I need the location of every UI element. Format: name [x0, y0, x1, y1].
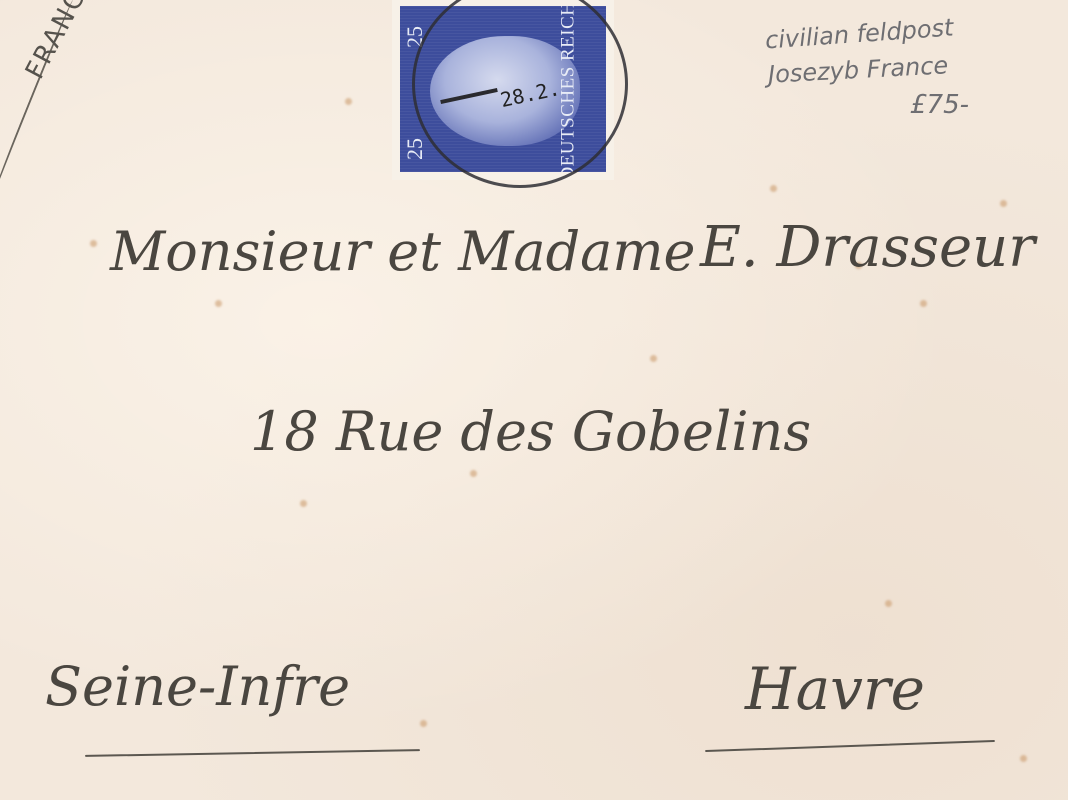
address-city: Havre	[745, 655, 925, 723]
pencil-note-line2: Josezyb France	[767, 53, 948, 88]
address-department: Seine-Infre	[45, 655, 350, 718]
foxing-spot	[90, 240, 97, 247]
address-salutation: Monsieur et Madame	[110, 220, 696, 283]
foxing-spot	[215, 300, 222, 307]
foxing-spot	[920, 300, 927, 307]
city-underline	[705, 740, 995, 752]
address-street: 18 Rue des Gobelins	[250, 400, 811, 463]
foxing-spot	[300, 500, 307, 507]
foxing-spot	[770, 185, 777, 192]
address-name: E. Drasseur	[700, 215, 1035, 280]
foxing-spot	[885, 600, 892, 607]
foxing-spot	[650, 355, 657, 362]
department-underline	[85, 749, 420, 757]
foxing-spot	[470, 470, 477, 477]
foxing-spot	[420, 720, 427, 727]
foxing-spot	[1020, 755, 1027, 762]
pencil-note-line1: civilian feldpost	[764, 15, 954, 53]
foxing-spot	[345, 98, 352, 105]
pencil-note-price: £75-	[910, 92, 969, 119]
france-routing-mark: FRANCE	[20, 0, 101, 84]
foxing-spot	[1000, 200, 1007, 207]
envelope: FRANCE 25 25 DEUTSCHES REICH 28.2. civil…	[0, 0, 1068, 800]
stamp-denomination-bottom: 25	[402, 138, 428, 160]
